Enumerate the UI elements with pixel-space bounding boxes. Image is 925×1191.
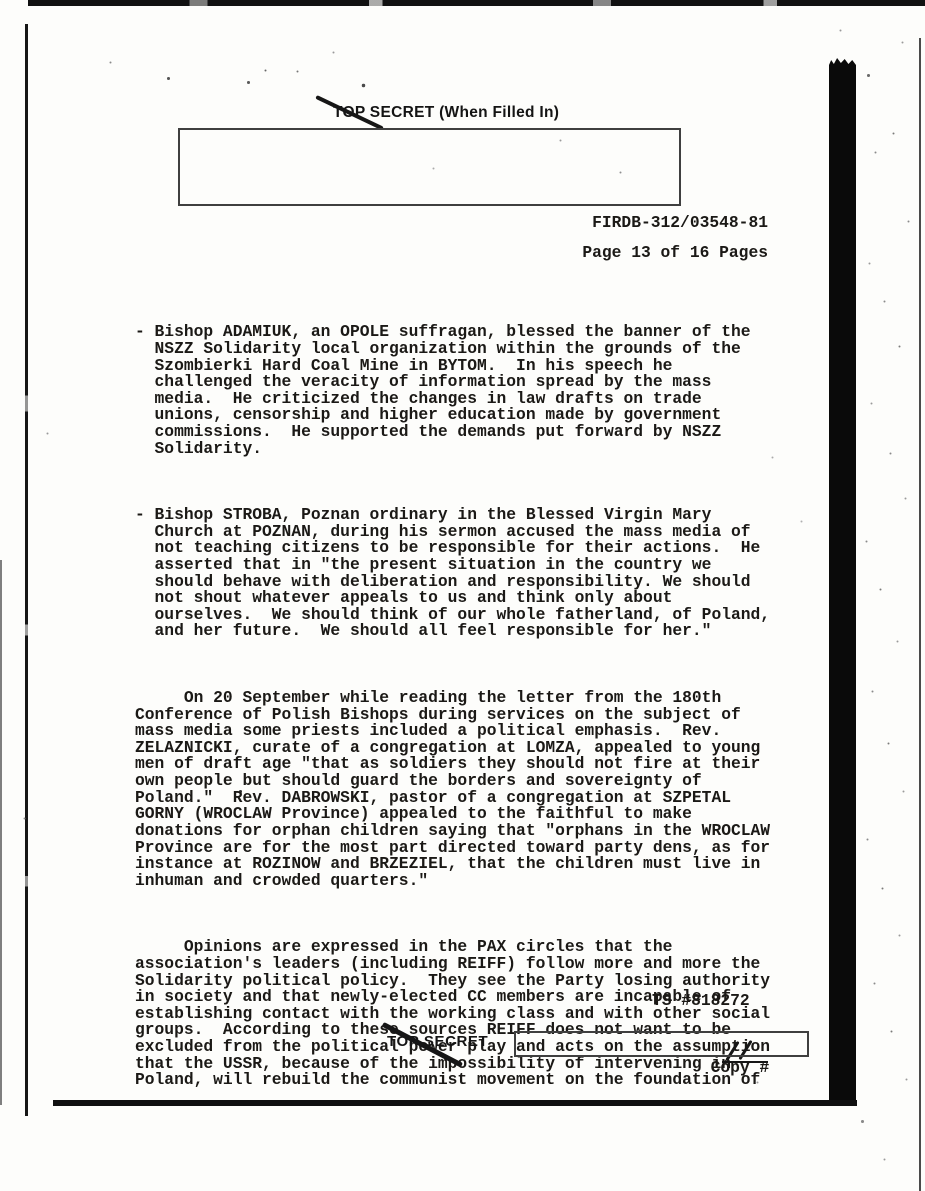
scan-noise-speckles [0,0,1,1]
binding-redaction-bar [829,58,856,1105]
document-number: FIRDB-312/03548-81 [500,215,768,232]
footer-control-box [514,1031,809,1057]
header-control-box [178,128,681,206]
paragraph-bishop-adamiuk: - Bishop ADAMIUK, an OPOLE suffragan, bl… [135,324,770,457]
copy-number-row: Copy # [652,1043,769,1143]
scan-edge-line-right [919,38,921,1191]
page-top-border-line [28,0,925,6]
page-number-label: Page 13 of 16 Pages [500,245,768,262]
scanned-document-page: TOP SECRET (When Filled In) FIRDB-312/03… [0,0,925,1191]
paragraph-bishop-stroba: - Bishop STROBA, Poznan ordinary in the … [135,507,770,640]
paragraph-20-september: On 20 September while reading the letter… [135,690,770,890]
copy-number-underline [722,1061,768,1063]
control-numbers-block: TS #818272 Copy # [652,960,769,1176]
scan-edge-line-left [0,560,2,1105]
ts-number: TS #818272 [652,993,769,1010]
page-left-border-line [25,24,28,1116]
